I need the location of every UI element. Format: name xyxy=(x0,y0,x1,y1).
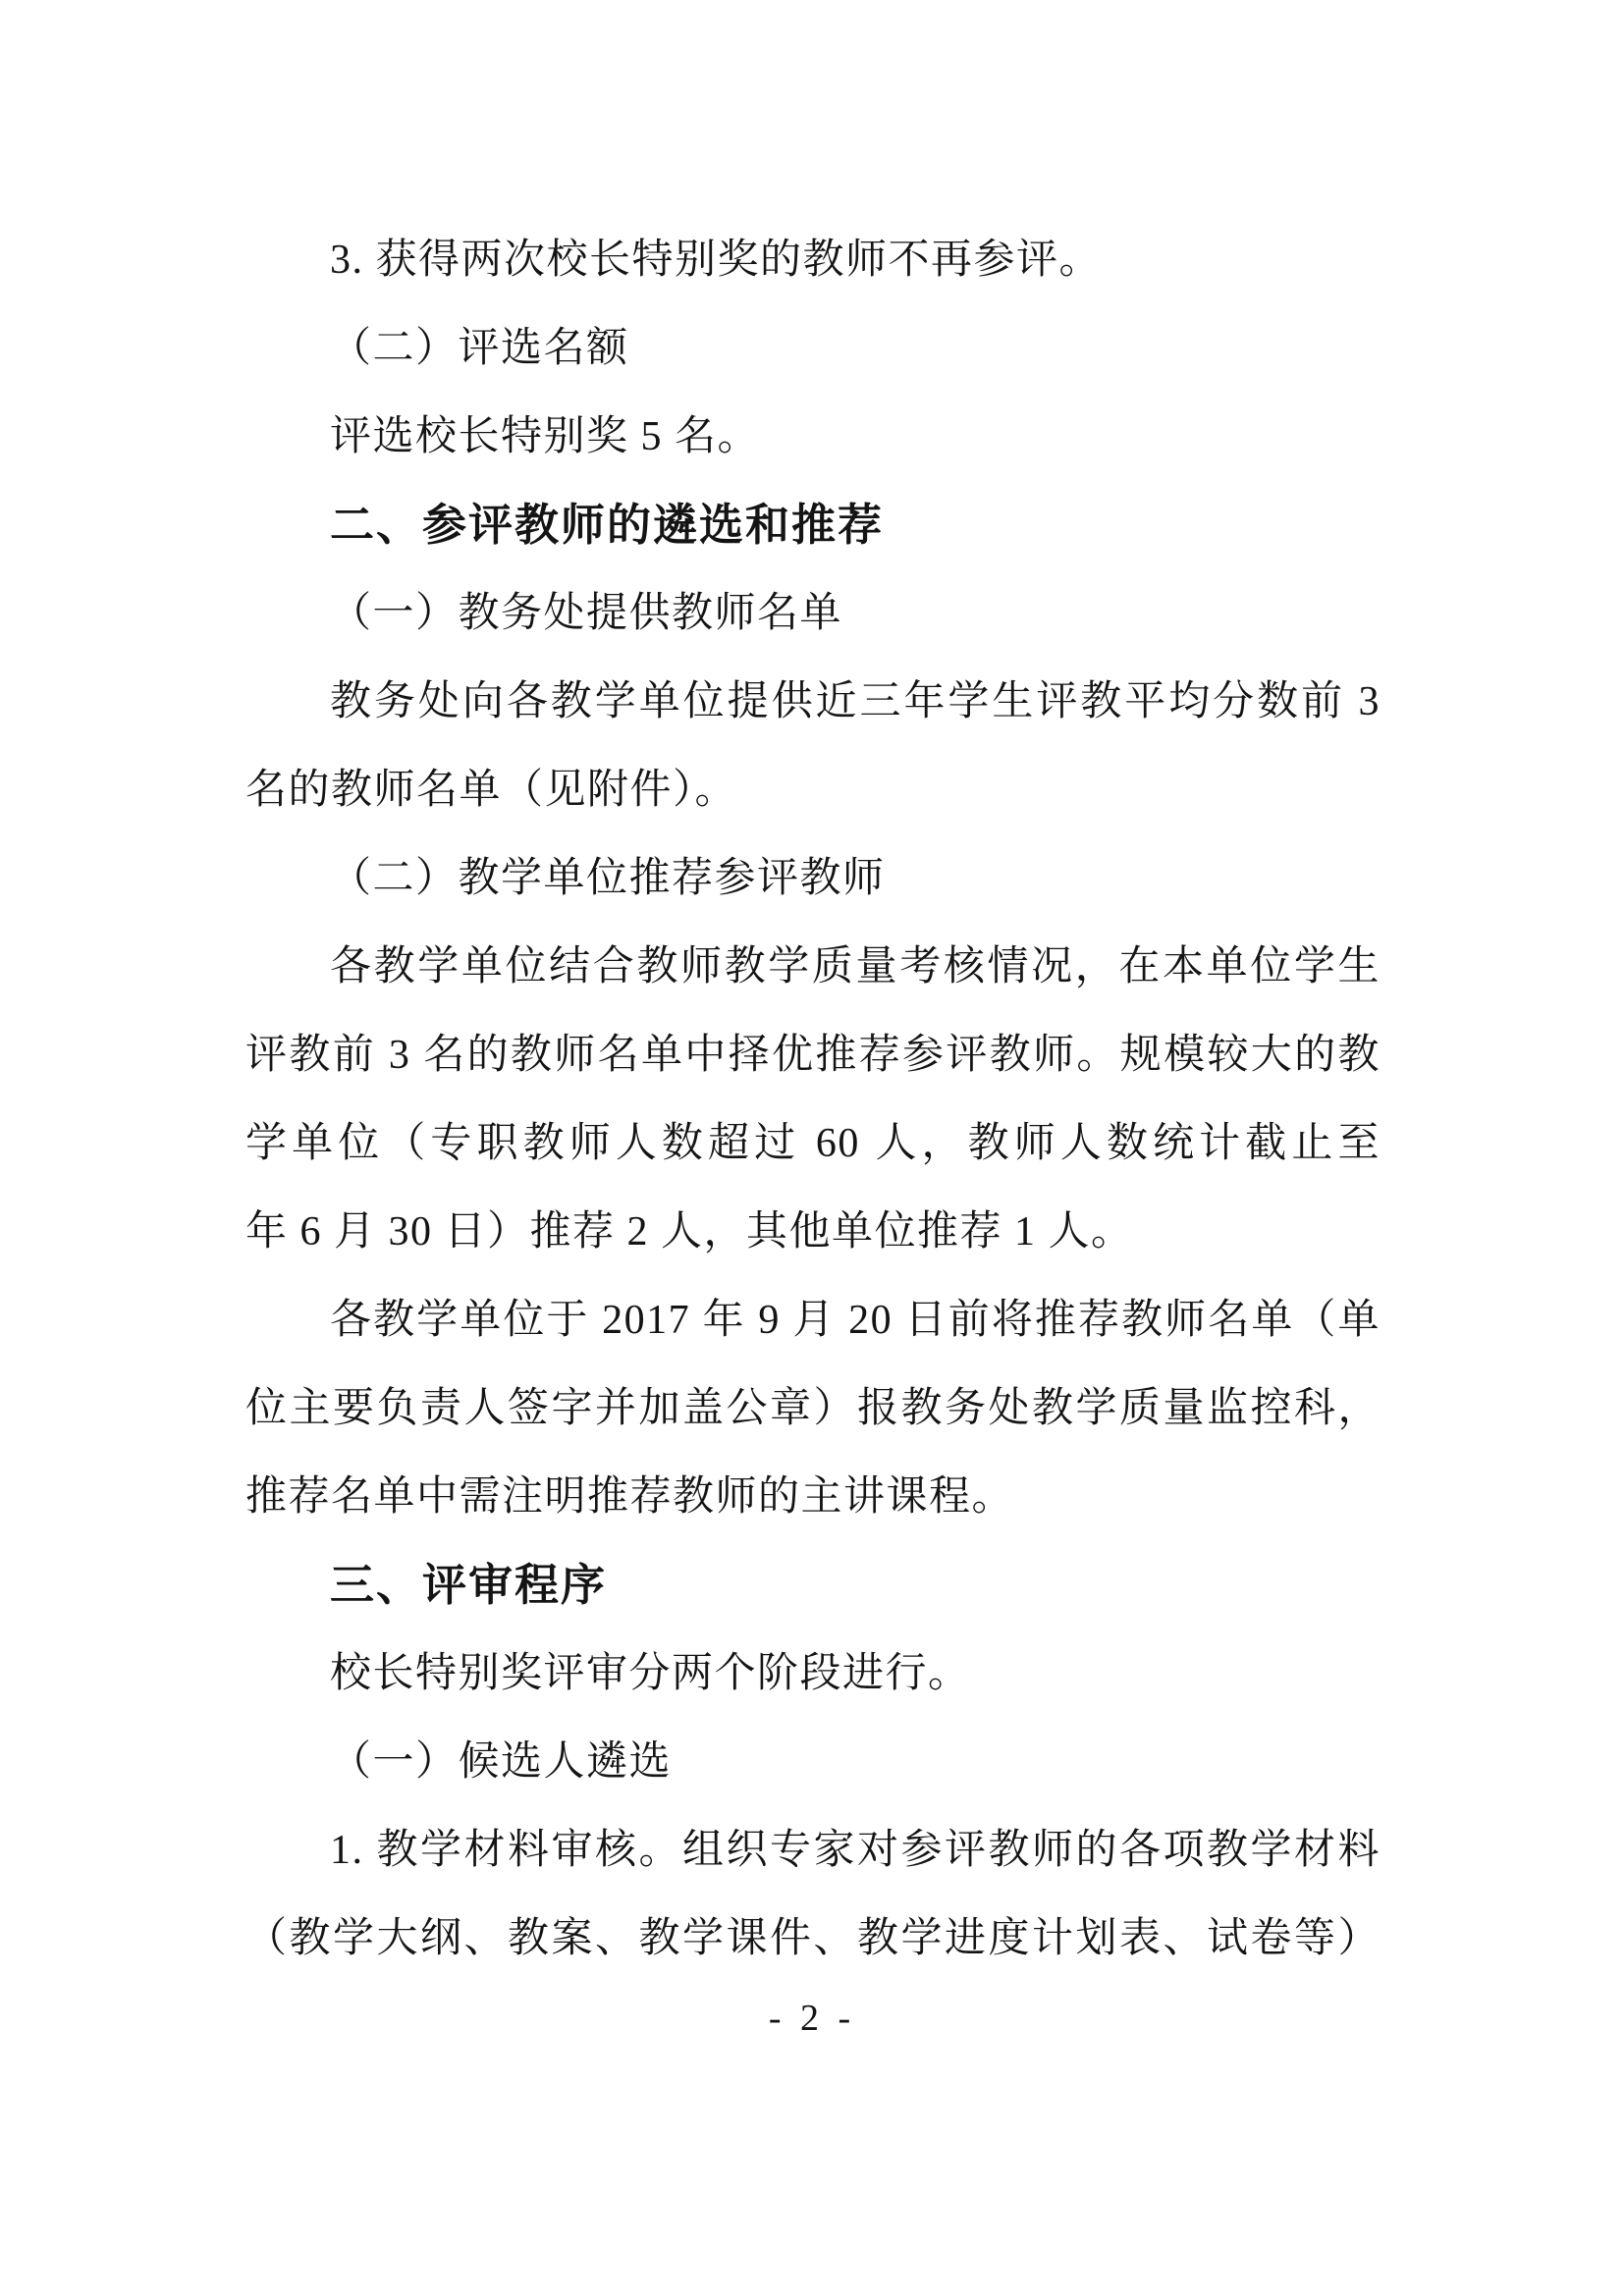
text-line: 名的教师名单（见附件）。 xyxy=(245,746,1380,834)
text-line-item-3: 3. 获得两次校长特别奖的教师不再参评。 xyxy=(245,216,1380,304)
text-line-subheading-1b: （一）候选人遴选 xyxy=(245,1718,1380,1806)
document-page: 3. 获得两次校长特别奖的教师不再参评。 （二）评选名额 评选校长特别奖 5 名… xyxy=(0,0,1624,2296)
text-line-subheading-2: （二）评选名额 xyxy=(245,304,1380,393)
text-line: 评选校长特别奖 5 名。 xyxy=(245,393,1380,481)
text-line-subheading-1: （一）教务处提供教师名单 xyxy=(245,569,1380,658)
text-line-item-1: 1. 教学材料审核。组织专家对参评教师的各项教学材料 xyxy=(245,1806,1380,1895)
text-line: 校长特别奖评审分两个阶段进行。 xyxy=(245,1629,1380,1718)
text-line: 评教前 3 名的教师名单中择优推荐参评教师。规模较大的教 xyxy=(245,1011,1380,1099)
text-line: 位主要负责人签字并加盖公章）报教务处教学质量监控科， xyxy=(245,1364,1380,1453)
text-line: 各教学单位结合教师教学质量考核情况，在本单位学生 xyxy=(245,923,1380,1011)
page-number: - 2 - xyxy=(0,1991,1624,2046)
text-line: 教务处向各教学单位提供近三年学生评教平均分数前 3 xyxy=(245,658,1380,746)
text-line: （教学大纲、教案、教学课件、教学进度计划表、试卷等） xyxy=(245,1895,1380,1983)
text-line: 学单位（专职教师人数超过 60 人，教师人数统计截止至 2017 xyxy=(245,1099,1380,1188)
document-body: 3. 获得两次校长特别奖的教师不再参评。 （二）评选名额 评选校长特别奖 5 名… xyxy=(245,216,1380,1983)
section-heading-2: 二、参评教师的遴选和推荐 xyxy=(245,481,1380,569)
text-line: 推荐名单中需注明推荐教师的主讲课程。 xyxy=(245,1453,1380,1541)
section-heading-3: 三、评审程序 xyxy=(245,1541,1380,1629)
text-line: 年 6 月 30 日）推荐 2 人，其他单位推荐 1 人。 xyxy=(245,1188,1380,1276)
text-line: 各教学单位于 2017 年 9 月 20 日前将推荐教师名单（单 xyxy=(245,1276,1380,1364)
text-line-subheading-2b: （二）教学单位推荐参评教师 xyxy=(245,834,1380,923)
